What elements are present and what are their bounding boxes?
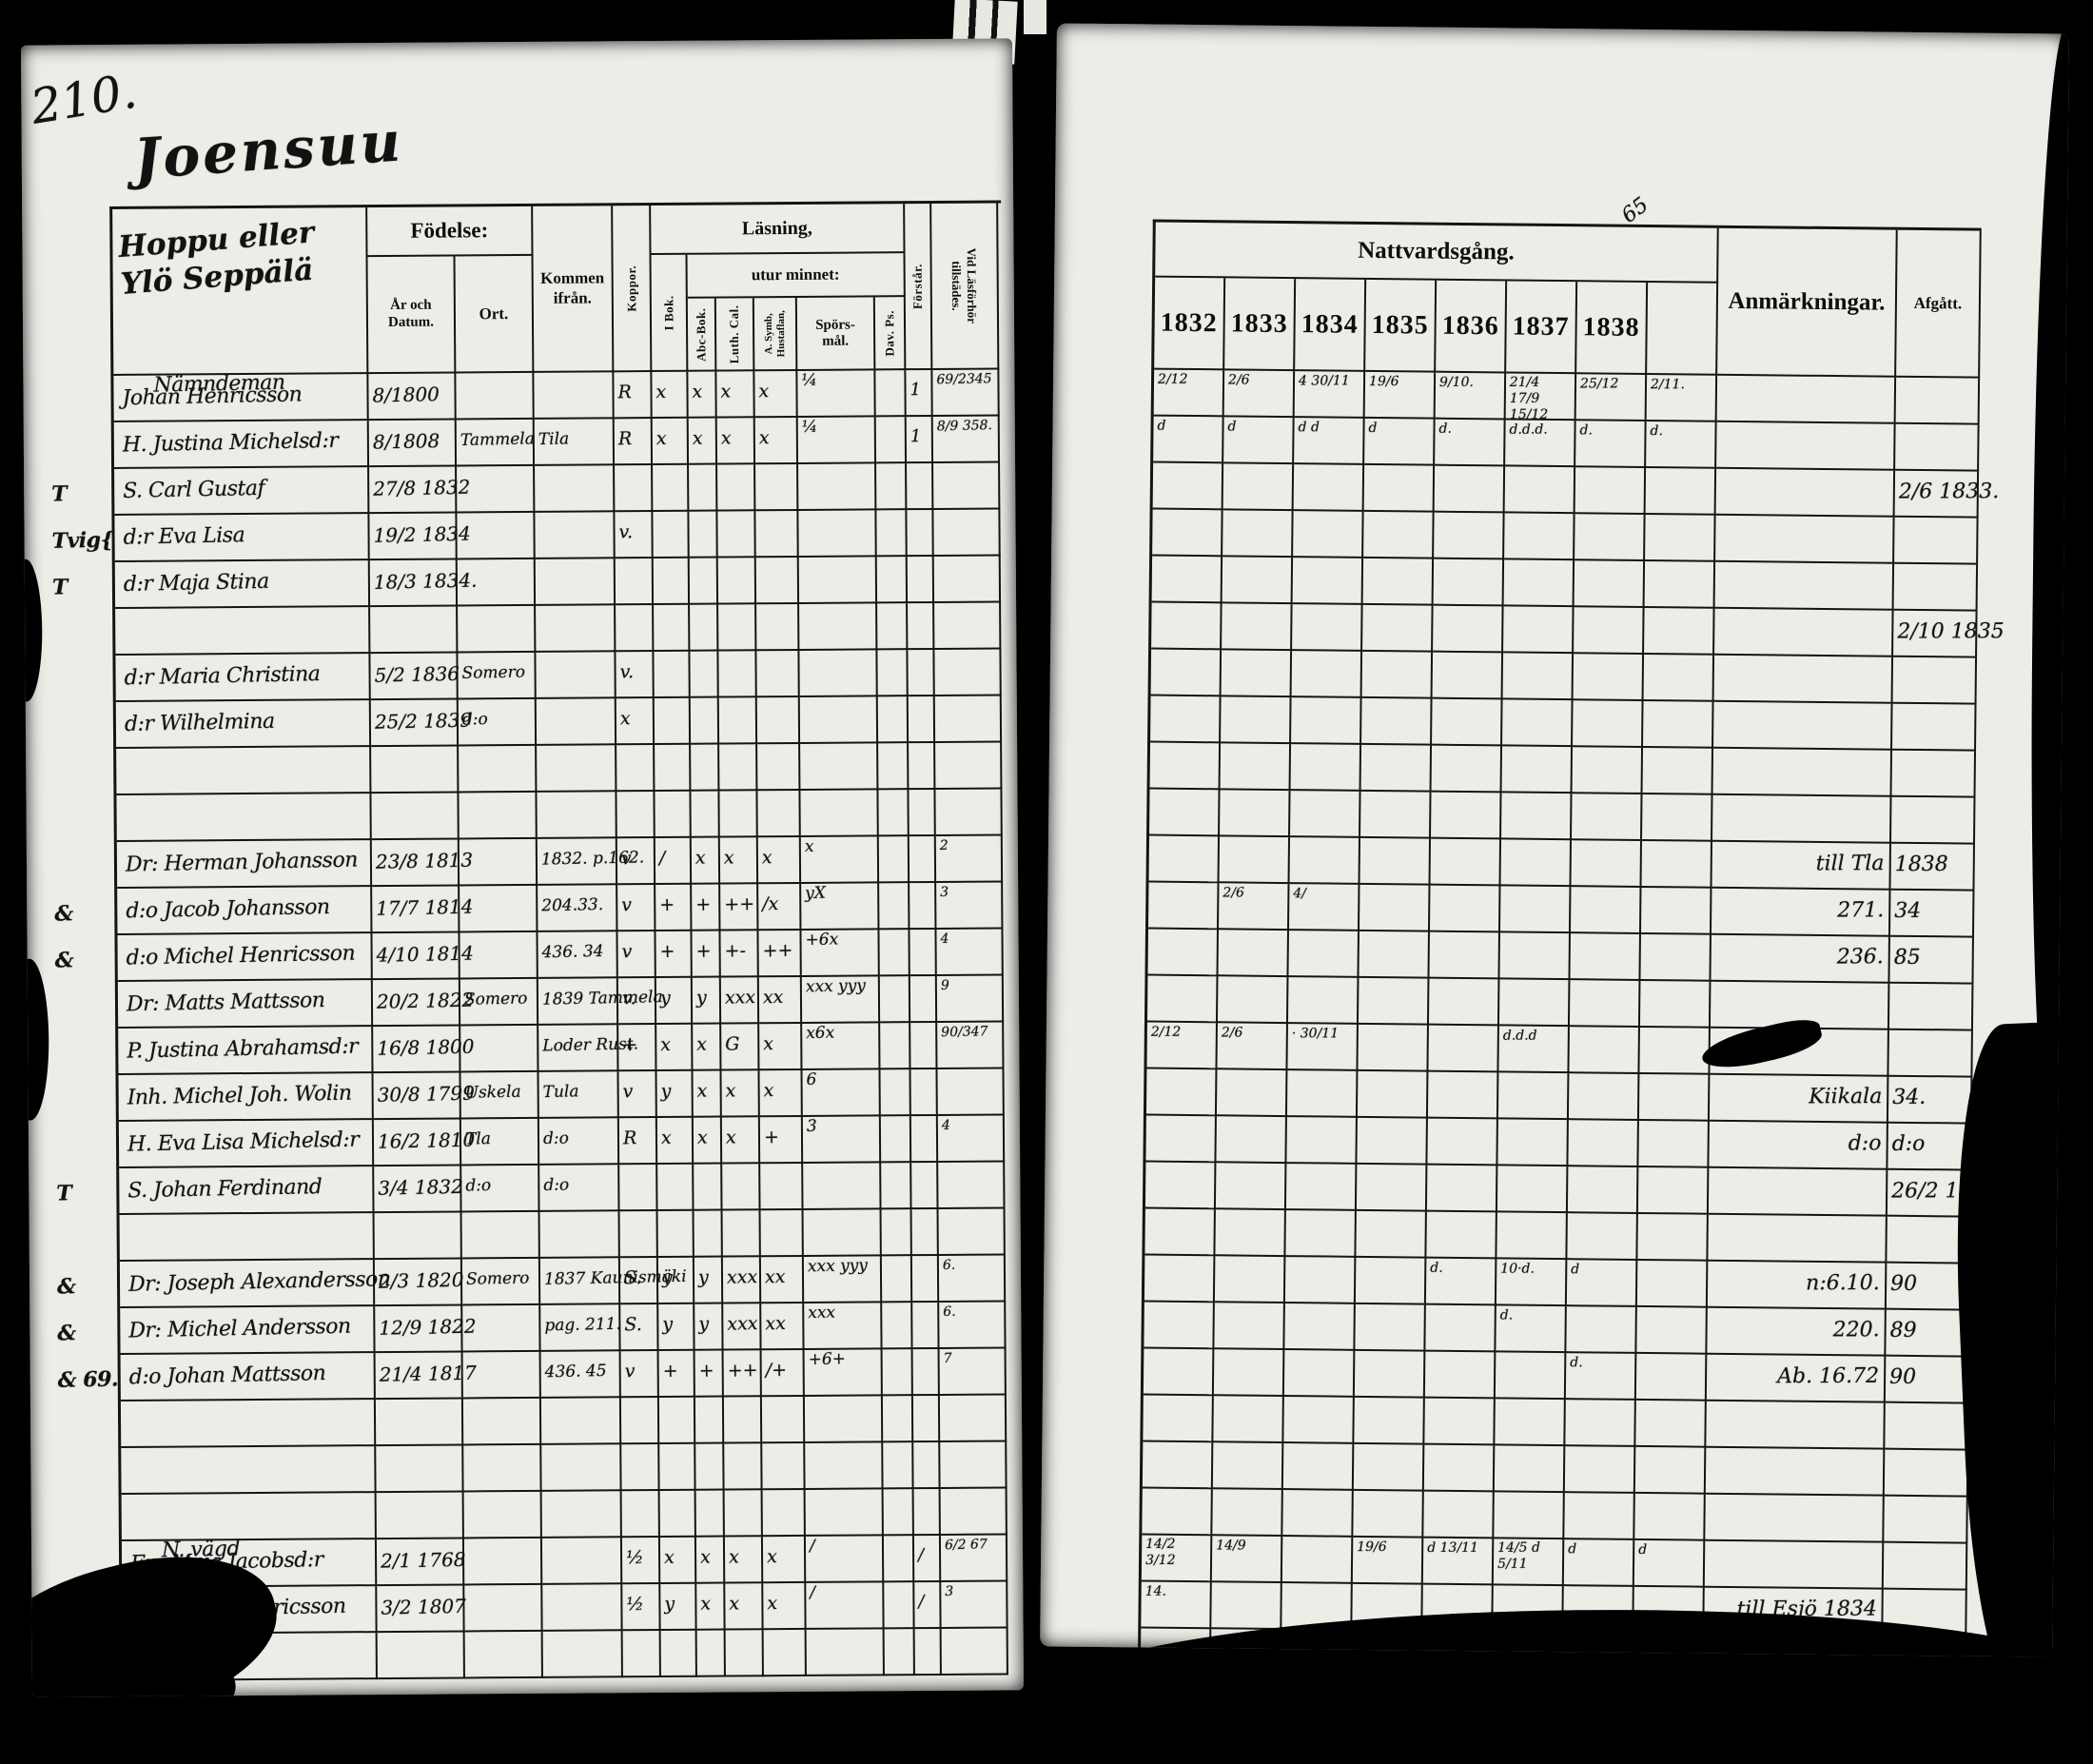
cell-b-row16: 30/8 1799 xyxy=(374,1072,461,1120)
cell-c36-row5 xyxy=(1434,559,1505,607)
cell-b-row17: 16/2 1810 xyxy=(374,1119,461,1166)
cell-kp-row14: v. xyxy=(618,978,656,1025)
cell-vd-row18 xyxy=(938,1162,1005,1208)
cell-n-row13: d:o Michel Henricsson& xyxy=(117,933,372,982)
handwritten-entry: /x xyxy=(762,885,779,923)
handwritten-entry: d.d.d. xyxy=(1509,422,1547,439)
cell-dv-row14 xyxy=(880,976,910,1023)
cell-ab-row22: + xyxy=(695,1351,724,1398)
handwritten-entry: d. xyxy=(1570,1355,1582,1371)
cell-lu-row15: G xyxy=(721,1024,759,1070)
cell-dv-row21 xyxy=(882,1303,912,1349)
cell-km-row13: 436. 34 xyxy=(538,931,617,979)
cell-cx-row7 xyxy=(1644,655,1715,702)
cell-cx-row14 xyxy=(1640,981,1712,1029)
cell-ab-row21: y xyxy=(694,1304,723,1351)
attendance-header: Vid Läsförhörtillstädes. xyxy=(931,203,999,369)
cell-cx-row20 xyxy=(1637,1261,1709,1308)
cell-sy-row14: xx xyxy=(759,977,802,1024)
handwritten-entry: 2/11. xyxy=(1651,377,1685,393)
cell-dv-row20 xyxy=(882,1256,912,1303)
cell-af-row6: 2/10 1835 xyxy=(1893,611,1978,658)
cell-n-row19 xyxy=(120,1213,375,1262)
cell-n-row12: d:o Jacob Johansson& xyxy=(117,887,372,935)
cell-c36-row10 xyxy=(1431,793,1502,840)
handwritten-entry: y xyxy=(660,1072,672,1110)
handwritten-entry: xxx yyy xyxy=(806,977,866,997)
cell-c37-row8 xyxy=(1502,699,1574,747)
table-row: Dr: Herman Johansson23/8 18131832. p.162… xyxy=(117,835,1006,889)
cell-b-row21: 12/9 1822 xyxy=(375,1305,462,1353)
cell-c32-row17 xyxy=(1145,1116,1217,1164)
departed-header: Afgått. xyxy=(1896,230,1982,379)
cell-o-row2: Tammela xyxy=(457,420,535,467)
cell-c33-row12: 2/6 xyxy=(1219,883,1290,931)
cell-n-row10 xyxy=(116,794,371,842)
cell-af-row24 xyxy=(1885,1450,1969,1498)
cell-dv-row26 xyxy=(884,1536,914,1582)
cell-sy-row22: /+ xyxy=(762,1350,805,1397)
handwritten-entry: d. xyxy=(1579,422,1592,439)
cell-c35-row11 xyxy=(1359,838,1431,886)
cell-cx-row8 xyxy=(1643,701,1714,749)
handwritten-entry: ++ xyxy=(762,931,793,970)
cell-dv-row23 xyxy=(883,1396,913,1442)
cell-ab-row23 xyxy=(695,1398,724,1444)
cell-c35-row16 xyxy=(1358,1071,1429,1119)
cell-ab-row11: x xyxy=(692,838,720,885)
handwritten-entry: 2/6 xyxy=(1223,885,1244,901)
cell-kp-row23 xyxy=(621,1398,659,1444)
cell-o-row6 xyxy=(458,606,536,654)
cell-lu-row24 xyxy=(724,1443,762,1490)
cell-sy-row16: x xyxy=(759,1070,802,1117)
cell-cx-row10 xyxy=(1642,794,1713,842)
cell-dv-row25 xyxy=(884,1489,914,1536)
cell-lu-row27: x xyxy=(725,1583,763,1630)
table-row: Inh. Michel Joh. Wolin30/8 1799UskelaTul… xyxy=(119,1068,1007,1122)
cell-fo-row14 xyxy=(910,976,937,1023)
cell-km-row16: Tula xyxy=(539,1071,619,1119)
handwritten-entry: 2/10 1835 xyxy=(1897,612,2005,652)
reading-header: Läsning, xyxy=(651,204,905,255)
cell-km-row12: 204.33. xyxy=(538,885,617,932)
cell-vd-row14: 9 xyxy=(937,975,1004,1022)
cell-c37-row23 xyxy=(1495,1399,1566,1446)
handwritten-entry: xx xyxy=(763,978,784,1016)
handwritten-entry: 2/12 xyxy=(1151,1025,1182,1041)
handwritten-entry: x xyxy=(762,838,773,876)
cell-c37-row1: 21/4 17/9 15/12 xyxy=(1506,373,1577,421)
cell-b-row19 xyxy=(375,1212,462,1260)
cell-ib-row9 xyxy=(655,745,691,792)
cell-km-row3 xyxy=(535,465,615,513)
cell-af-row1 xyxy=(1896,378,1981,425)
cell-ib-row19 xyxy=(658,1211,694,1258)
communion-table: Nattvardsgång. 1832 1833 1834 1835 1836 … xyxy=(1138,220,1982,1657)
handwritten-entry: 3/4 1832 xyxy=(378,1166,463,1208)
cell-cx-row23 xyxy=(1635,1401,1707,1448)
cell-c34-row19 xyxy=(1285,1210,1357,1258)
cell-c36-row7 xyxy=(1433,653,1504,700)
cell-c32-row3 xyxy=(1153,463,1224,511)
handwritten-entry: / xyxy=(918,1583,925,1621)
cell-fo-row26: / xyxy=(914,1536,941,1582)
cell-vd-row26: 6/2 67 xyxy=(941,1535,1007,1581)
cell-dv-row28 xyxy=(885,1629,915,1676)
cell-an-row19 xyxy=(1708,1215,1888,1264)
handwritten-entry: x xyxy=(692,373,703,411)
cell-c32-row8 xyxy=(1150,696,1222,744)
cell-c34-row5 xyxy=(1293,558,1364,605)
cell-ib-row20: y xyxy=(658,1258,694,1304)
cell-kp-row1: R xyxy=(614,372,652,419)
cell-vd-row23 xyxy=(940,1395,1007,1441)
cell-n-row16: Inh. Michel Joh. Wolin xyxy=(119,1073,374,1122)
cell-kp-row13: v xyxy=(617,931,655,978)
cell-c37-row5 xyxy=(1504,559,1575,607)
handwritten-entry: + xyxy=(659,886,675,924)
cell-c37-row15: d.d.d xyxy=(1498,1026,1570,1073)
understands-header: Förstår. xyxy=(905,204,932,370)
handwritten-entry: 2/6 1833. xyxy=(1899,472,2000,512)
cell-dv-row12 xyxy=(879,883,910,930)
table-row xyxy=(121,1441,1009,1495)
cell-ab-row25 xyxy=(696,1491,725,1538)
cell-lu-row4 xyxy=(717,511,755,558)
handwritten-entry: 6/2 67 xyxy=(945,1537,988,1553)
table-row xyxy=(116,742,1005,795)
cell-fo-row25 xyxy=(914,1489,941,1536)
cell-c35-row23 xyxy=(1354,1398,1425,1445)
margin-mark: T xyxy=(51,473,68,515)
cell-c38-row11 xyxy=(1571,840,1642,888)
cell-b-row15: 16/8 1800 xyxy=(373,1026,460,1073)
handwritten-entry: x xyxy=(697,1119,709,1157)
cell-vd-row17: 4 xyxy=(938,1115,1005,1162)
cell-n-row5: d:r Maja StinaT xyxy=(115,560,370,609)
cell-c35-row12 xyxy=(1359,885,1431,932)
cell-c33-row10 xyxy=(1220,790,1291,837)
handwritten-entry: 3 xyxy=(940,885,949,900)
cell-b-row28 xyxy=(378,1632,465,1679)
cell-vd-row5 xyxy=(934,556,1001,602)
handwritten-entry: · 30/11 xyxy=(1292,1026,1339,1042)
handwritten-entry: x xyxy=(696,1026,708,1064)
cell-b-row12: 17/7 1814 xyxy=(372,886,460,933)
handwritten-entry: d:o Jacob Johansson xyxy=(126,887,330,932)
handwritten-entry: d xyxy=(1227,419,1236,435)
cell-sp-row12: yX xyxy=(801,883,879,931)
handwritten-entry: S. Carl Gustaf xyxy=(123,468,265,513)
luther-catechism-header: Luth. Cal. xyxy=(716,298,755,371)
cell-kp-row27: ½ xyxy=(622,1584,660,1631)
cell-dv-row5 xyxy=(877,557,908,603)
handwritten-entry: H. Eva Lisa Michelsd:r xyxy=(127,1120,360,1166)
cell-kp-row8: x xyxy=(616,698,655,745)
cell-n-row22: d:o Johan Mattsson& 69. xyxy=(121,1353,376,1401)
cell-af-row8 xyxy=(1892,704,1977,752)
cell-lu-row1: x xyxy=(716,371,754,418)
cell-c33-row6 xyxy=(1222,603,1293,651)
cell-o-row3 xyxy=(457,466,535,514)
cell-dv-row18 xyxy=(881,1163,911,1209)
cell-ab-row9 xyxy=(691,745,719,792)
margin-mark: Tvig{ xyxy=(51,519,113,562)
cell-b-row1: 8/1800 xyxy=(368,373,456,421)
cell-vd-row15: 90/347 xyxy=(937,1022,1004,1068)
cell-o-row17: Tla xyxy=(461,1119,539,1166)
cell-sy-row2: x xyxy=(755,418,798,464)
cell-c35-row6 xyxy=(1362,605,1434,653)
cell-c32-row11 xyxy=(1149,836,1221,884)
cell-c36-row11 xyxy=(1430,839,1501,887)
handwritten-entry: 6 xyxy=(806,1071,816,1090)
cell-kp-row2: R xyxy=(615,419,653,465)
remarks-header: Anmärkningar. xyxy=(1717,228,1898,378)
cell-b-row26: 2/1 1768 xyxy=(377,1539,464,1586)
cell-ib-row27: y xyxy=(660,1584,696,1631)
cell-sp-row24 xyxy=(805,1442,883,1490)
handwritten-entry: d:r Maria Christina xyxy=(124,654,321,699)
table-row: Johan HenricssonNämndeman8/1800Rxxxx¼169… xyxy=(113,369,1002,422)
handwritten-entry: 89 xyxy=(1890,1311,1917,1351)
handwritten-entry: S. xyxy=(624,1305,642,1343)
cell-af-row5 xyxy=(1894,564,1979,612)
cell-c38-row15 xyxy=(1569,1027,1640,1074)
cell-dv-row3 xyxy=(876,463,907,510)
cell-vd-row24 xyxy=(940,1441,1007,1488)
cell-c33-row4 xyxy=(1223,510,1294,558)
cell-c36-row16 xyxy=(1428,1072,1499,1120)
cell-n-row1: Johan HenricssonNämndeman xyxy=(113,374,368,422)
cell-dv-row6 xyxy=(877,603,908,650)
handwritten-entry: 6. xyxy=(943,1258,956,1273)
cell-ab-row1: x xyxy=(688,372,716,419)
page-number: 210. xyxy=(27,63,140,134)
handwritten-entry: Tla xyxy=(465,1120,492,1159)
cell-km-row8 xyxy=(537,698,616,746)
right-page: Nattvardsgång. 1832 1833 1834 1835 1836 … xyxy=(1040,23,2069,1656)
cell-lu-row23 xyxy=(724,1397,762,1443)
cell-fo-row22 xyxy=(913,1349,940,1396)
cell-sp-row14: xxx yyy xyxy=(802,976,880,1024)
handwritten-entry: R xyxy=(617,420,632,458)
cell-vd-row12: 3 xyxy=(936,882,1003,929)
table-row: d:r Maja StinaT18/3 1834. xyxy=(115,556,1004,609)
handwritten-entry: d 13/11 xyxy=(1427,1540,1478,1557)
cell-n-row3: S. Carl GustafT xyxy=(114,467,369,516)
cell-c37-row16 xyxy=(1498,1072,1570,1120)
cell-kp-row11: v xyxy=(617,838,655,885)
in-book-header: I Bok. xyxy=(652,255,689,372)
handwritten-entry: x xyxy=(725,1071,736,1109)
cell-o-row21 xyxy=(462,1305,540,1353)
examination-table: Hoppu eller Ylö Seppälä Födelse: År och … xyxy=(109,200,1011,1681)
cell-n-row14: Dr: Matts Mattsson xyxy=(118,980,373,1029)
cell-c33-row26: 14/9 xyxy=(1212,1536,1283,1583)
cell-kp-row20: S. xyxy=(620,1258,658,1304)
cell-c34-row13 xyxy=(1288,931,1359,978)
cell-c38-row4 xyxy=(1575,514,1646,561)
cell-kp-row28 xyxy=(623,1631,661,1677)
cell-dv-row27 xyxy=(884,1582,914,1629)
cell-c37-row10 xyxy=(1501,793,1573,840)
cell-o-row20: Somero xyxy=(462,1259,540,1306)
handwritten-entry: Ab. 16.72 xyxy=(1777,1357,1879,1397)
cell-sy-row28 xyxy=(764,1630,807,1676)
cell-n-row20: Dr: Joseph Alexandersson& xyxy=(120,1260,375,1308)
handwritten-entry: x xyxy=(724,838,735,876)
handwritten-entry: v. xyxy=(618,513,633,551)
cell-fo-row5 xyxy=(908,557,934,603)
questions-header: Spörs-mål. xyxy=(797,297,876,371)
cell-c33-row21 xyxy=(1214,1303,1285,1350)
handwritten-entry: ½ xyxy=(626,1539,644,1577)
cell-o-row12 xyxy=(460,886,538,933)
table-row: H. Eva Lisa Michelsd:r16/2 1810Tlad:oRxx… xyxy=(119,1115,1007,1168)
cell-c32-row14 xyxy=(1147,976,1219,1024)
cell-lu-row22: ++ xyxy=(724,1350,762,1397)
cell-c34-row6 xyxy=(1292,604,1363,652)
cell-c37-row22 xyxy=(1496,1352,1567,1400)
cell-ib-row17: x xyxy=(657,1118,694,1165)
handwritten-entry: d:r Wilhelmina xyxy=(124,701,275,746)
cell-an-row24 xyxy=(1706,1448,1886,1497)
cell-c34-row17 xyxy=(1286,1117,1358,1165)
cell-lu-row3 xyxy=(717,464,755,511)
handwritten-entry: v xyxy=(621,839,633,877)
cell-sp-row5 xyxy=(799,557,877,604)
cell-sy-row23 xyxy=(762,1397,805,1443)
cell-c37-row24 xyxy=(1495,1445,1566,1493)
cell-c34-row23 xyxy=(1283,1397,1355,1444)
cell-ib-row23 xyxy=(659,1398,695,1444)
cell-o-row26 xyxy=(464,1539,542,1586)
cell-vd-row21: 6. xyxy=(939,1302,1006,1348)
cell-c37-row4 xyxy=(1504,513,1575,560)
cell-c34-row14 xyxy=(1288,977,1359,1025)
cell-dv-row9 xyxy=(878,743,909,790)
year-header-1834: 1834 xyxy=(1295,279,1366,372)
cell-c32-row26: 14/2 3/12 xyxy=(1142,1535,1213,1582)
cell-lu-row26: x xyxy=(725,1537,763,1583)
handwritten-entry: v xyxy=(624,1352,636,1390)
cell-sp-row7 xyxy=(799,650,877,697)
cell-ib-row11: / xyxy=(655,838,692,885)
cell-c33-row3 xyxy=(1223,463,1295,511)
handwritten-entry: d:o Michel Henricsson xyxy=(126,933,355,980)
cell-c38-row7 xyxy=(1574,654,1645,701)
cell-fo-row13 xyxy=(910,930,936,976)
cell-c34-row1: 4 30/11 xyxy=(1295,371,1366,419)
handwritten-entry: Uskela xyxy=(464,1073,521,1112)
cell-ab-row17: x xyxy=(694,1118,722,1165)
cell-sp-row11: x xyxy=(801,836,879,884)
cell-b-row18: 3/4 1832 xyxy=(374,1166,461,1213)
cell-n-row4: d:r Eva LisaTvig{ xyxy=(114,514,369,562)
handwritten-entry: 14/2 3/12 xyxy=(1145,1537,1208,1569)
cell-an-row18 xyxy=(1709,1168,1888,1217)
cell-ib-row18 xyxy=(657,1165,694,1211)
cell-af-row15 xyxy=(1888,1030,1973,1078)
cell-an-row17: d:o xyxy=(1709,1122,1888,1170)
cell-kp-row21: S. xyxy=(620,1304,658,1351)
cell-c33-row17 xyxy=(1216,1116,1287,1164)
cell-c34-row8 xyxy=(1291,697,1362,745)
cell-vd-row4 xyxy=(933,509,1000,556)
cell-c36-row1: 9/10. xyxy=(1436,373,1507,421)
cell-o-row5 xyxy=(458,559,536,607)
handwritten-entry: + xyxy=(698,1351,714,1389)
cell-c38-row23 xyxy=(1565,1400,1636,1447)
handwritten-entry: v xyxy=(621,932,633,970)
handwritten-entry: d. xyxy=(1438,421,1451,438)
handwritten-entry: 10·d. xyxy=(1500,1262,1535,1278)
cell-sy-row21: xx xyxy=(761,1303,804,1350)
cell-c32-row15: 2/12 xyxy=(1146,1023,1218,1070)
handwritten-entry: x xyxy=(660,1026,672,1064)
cell-lu-row28 xyxy=(726,1630,764,1676)
cell-c37-row25 xyxy=(1494,1492,1565,1539)
cell-o-row19 xyxy=(462,1212,540,1260)
cell-fo-row7 xyxy=(908,650,934,696)
cell-c36-row12 xyxy=(1430,886,1501,933)
birth-header: Födelse: xyxy=(367,206,533,257)
handwritten-entry: x xyxy=(763,1071,774,1109)
cell-c36-row2: d. xyxy=(1435,420,1506,467)
cell-af-row22: 90 xyxy=(1886,1357,1970,1404)
cell-fo-row11 xyxy=(910,836,936,883)
cell-vd-row7 xyxy=(934,649,1001,696)
cell-c34-row7 xyxy=(1292,651,1363,698)
year-header-1832: 1832 xyxy=(1154,278,1225,371)
cell-b-row2: 8/1808 xyxy=(369,420,457,467)
cell-c33-row16 xyxy=(1217,1069,1288,1117)
handwritten-entry: d xyxy=(1571,1262,1579,1278)
cell-c38-row17 xyxy=(1568,1120,1639,1167)
cell-c35-row8 xyxy=(1361,698,1433,746)
cell-c34-row12: 4/ xyxy=(1289,884,1360,931)
table-row xyxy=(120,1208,1008,1262)
table-row xyxy=(122,1488,1010,1541)
handwritten-entry: x xyxy=(695,839,707,877)
cell-cx-row18 xyxy=(1638,1167,1710,1215)
cell-vd-row16 xyxy=(937,1068,1004,1115)
cell-c38-row26: d xyxy=(1564,1539,1635,1587)
cell-c35-row24 xyxy=(1354,1444,1425,1492)
cell-kp-row3 xyxy=(615,465,653,512)
handwritten-entry: v xyxy=(621,886,633,924)
handwritten-entry: d xyxy=(1568,1541,1576,1558)
cell-b-row23 xyxy=(376,1399,463,1446)
handwritten-entry: 85 xyxy=(1894,938,1921,978)
cell-sp-row27: / xyxy=(806,1582,884,1630)
cell-c36-row15 xyxy=(1428,1026,1499,1073)
table-row: Dr: Joseph Alexandersson&2/3 1820Somero1… xyxy=(120,1255,1008,1308)
handwritten-entry: xxx xyxy=(808,1304,835,1323)
handwritten-entry: x xyxy=(700,1539,712,1577)
cell-c38-row3 xyxy=(1575,467,1647,515)
left-page: 210. Joensuu Hoppu eller Ylö Seppälä Föd… xyxy=(21,38,1024,1696)
handwritten-entry: Somero xyxy=(464,980,528,1019)
cell-c35-row25 xyxy=(1353,1491,1424,1539)
cell-kp-row6 xyxy=(616,605,654,652)
cell-an-row21: 220. xyxy=(1707,1308,1887,1357)
handwritten-entry: G xyxy=(725,1025,740,1063)
cell-vd-row19 xyxy=(939,1208,1006,1255)
margin-mark: & 69. xyxy=(57,1359,118,1401)
